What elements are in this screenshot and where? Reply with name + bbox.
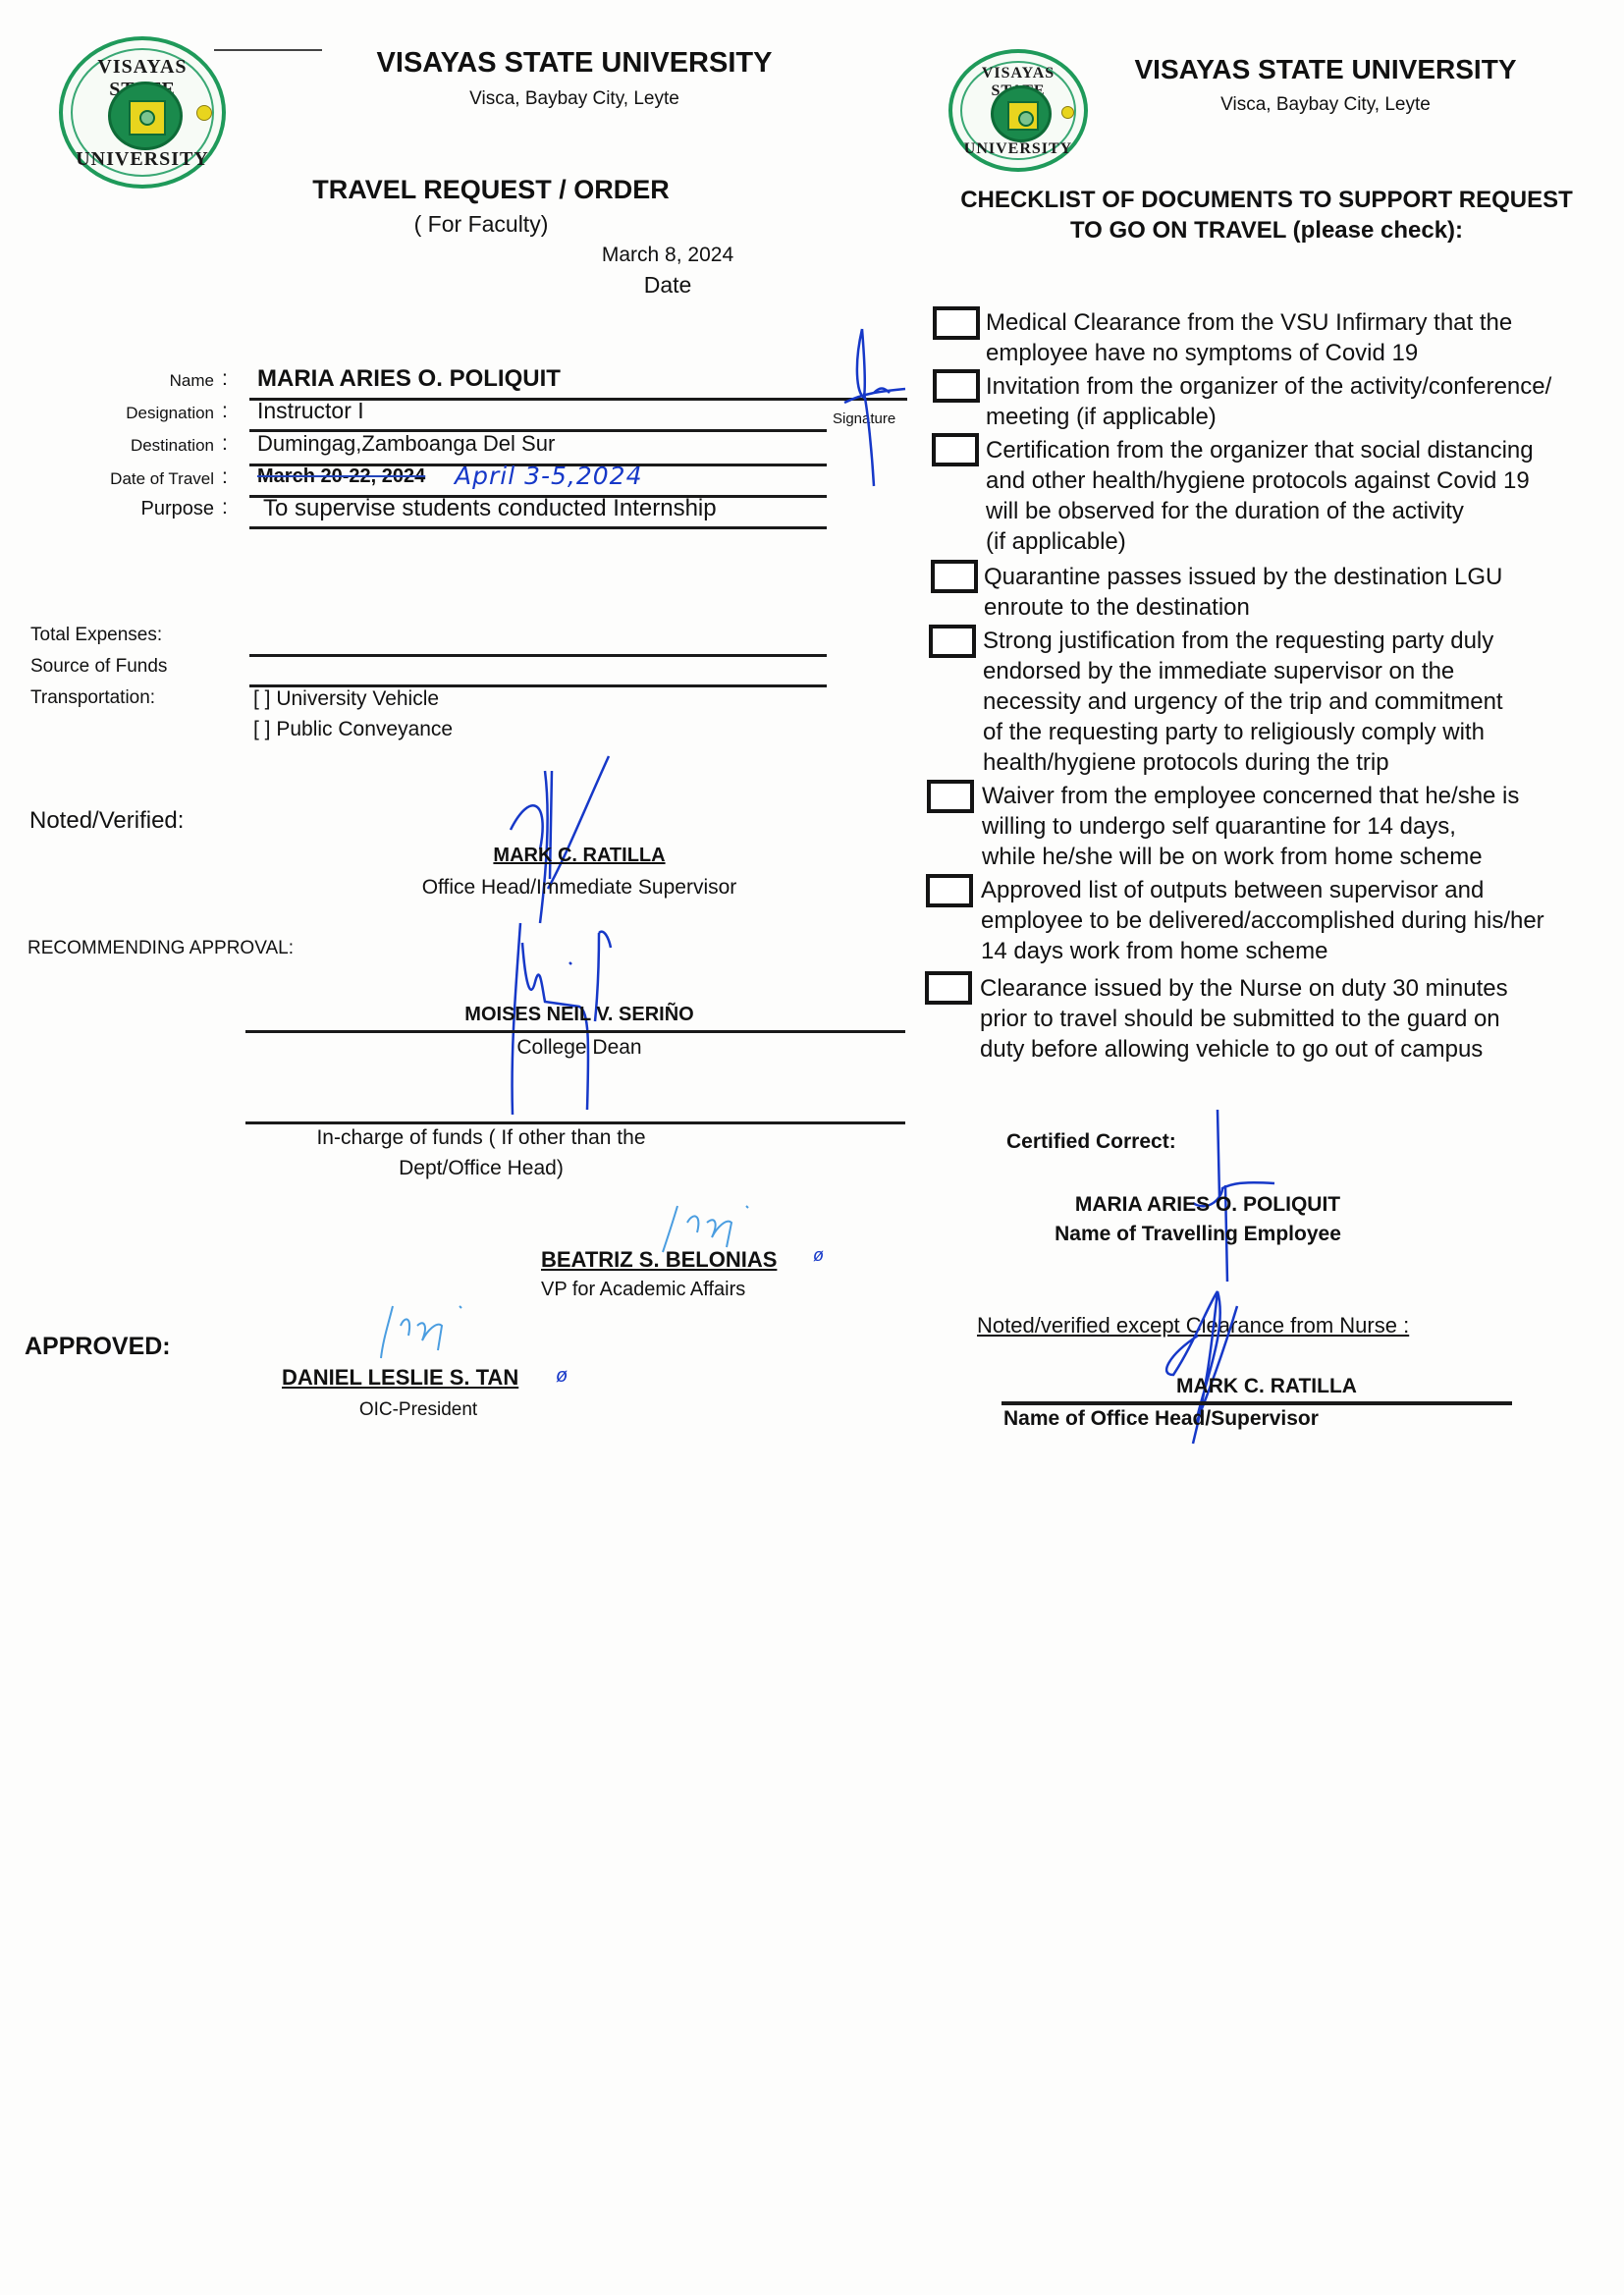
funds-incharge-label: In-charge of funds ( If other than the (285, 1126, 677, 1150)
transportation-label: Transportation: (30, 687, 155, 709)
colon: : (222, 465, 228, 489)
purpose-label: Purpose (141, 498, 215, 520)
transport-option-public-conveyance[interactable]: [ ] Public Conveyance (253, 718, 453, 741)
university-name: VISAYAS STATE UNIVERSITY (353, 47, 795, 80)
checklist-item-approved-outputs: Approved list of outputs between supervi… (981, 875, 1544, 966)
president-initials (373, 1301, 491, 1360)
purpose-value[interactable]: To supervise students conducted Internsh… (263, 495, 717, 522)
name-label: Name (170, 371, 214, 391)
colon: : (222, 432, 228, 456)
vpaa-name: BEATRIZ S. BELONIAS (541, 1247, 777, 1273)
checklist-item-medical-clearance: Medical Clearance from the VSU Infirmary… (986, 307, 1512, 368)
checkbox-nurse-clearance[interactable] (925, 971, 972, 1005)
date-of-travel-struck: March 20-22, 2024 (257, 465, 425, 488)
source-of-funds-label: Source of Funds (30, 656, 167, 678)
colon: : (222, 367, 228, 391)
supervisor-signature (491, 751, 619, 928)
header-rule (214, 49, 322, 51)
supervisor-name: MARK C. RATILLA (432, 845, 727, 867)
checklist-item-certification: Certification from the organizer that so… (986, 435, 1534, 557)
dean-name: MOISES NEIL V. SERIÑO (393, 1004, 766, 1026)
vsu-logo-right: VISAYAS STATE UNIVERSITY (948, 49, 1088, 172)
vpaa-initial-mark: ø (813, 1245, 824, 1266)
form-subtitle: ( For Faculty) (383, 211, 579, 238)
logo-sun-icon (196, 105, 212, 121)
checkbox-waiver[interactable] (927, 780, 974, 813)
certified-correct-label: Certified Correct: (1006, 1130, 1176, 1154)
office-head-signature-line (1001, 1401, 1512, 1405)
funds-incharge-label-2: Dept/Office Head) (285, 1157, 677, 1180)
checkbox-quarantine-passes[interactable] (931, 560, 978, 593)
employee-title: Name of Travelling Employee (1031, 1223, 1365, 1246)
checkbox-invitation[interactable] (933, 369, 980, 403)
name-value[interactable]: MARIA ARIES O. POLIQUIT (257, 365, 561, 393)
vsu-logo-left: VISAYAS STATE UNIVERSITY (59, 36, 226, 189)
signature-label: Signature (833, 410, 895, 427)
checklist-item-quarantine-passes: Quarantine passes issued by the destinat… (984, 562, 1502, 623)
checklist-title: CHECKLIST OF DOCUMENTS TO SUPPORT REQUES… (928, 187, 1605, 214)
noted-except-label: Noted/verified except Clearance from Nur… (977, 1313, 1409, 1339)
checkbox-certification[interactable] (932, 433, 979, 466)
date-of-travel-label: Date of Travel (110, 469, 214, 489)
total-expenses-line[interactable] (249, 654, 827, 657)
university-name-right: VISAYAS STATE UNIVERSITY (1110, 54, 1542, 85)
checklist-item-invitation: Invitation from the organizer of the act… (986, 371, 1551, 432)
form-title: TRAVEL REQUEST / ORDER (285, 175, 697, 205)
funds-incharge-line[interactable] (245, 1121, 905, 1124)
logo-text-bottom: UNIVERSITY (63, 148, 222, 171)
checklist-title-2: TO GO ON TRAVEL (please check): (928, 217, 1605, 245)
colon: : (222, 400, 228, 423)
logo-text-bottom: UNIVERSITY (952, 140, 1084, 158)
office-head-name: MARK C. RATILLA (1129, 1375, 1404, 1398)
president-initial-mark: ø (556, 1365, 568, 1388)
destination-value[interactable]: Dumingag,Zamboanga Del Sur (257, 431, 555, 457)
checklist-item-waiver: Waiver from the employee concerned that … (982, 781, 1519, 872)
colon: : (222, 496, 228, 519)
recommending-approval-label: RECOMMENDING APPROVAL: (27, 938, 294, 959)
supervisor-title: Office Head/Immediate Supervisor (383, 876, 776, 900)
logo-sun-icon (1061, 106, 1074, 119)
applicant-signature (835, 324, 913, 491)
date-of-travel-handwritten[interactable]: April 3-5,2024 (455, 462, 643, 490)
date-label: Date (569, 272, 766, 299)
dean-signature-line (245, 1030, 905, 1033)
designation-label: Designation (126, 404, 214, 423)
checkbox-medical-clearance[interactable] (933, 306, 980, 340)
checklist-item-nurse-clearance: Clearance issued by the Nurse on duty 30… (980, 973, 1508, 1065)
president-name: DANIEL LESLIE S. TAN (282, 1365, 518, 1391)
destination-label: Destination (131, 436, 214, 456)
president-title: OIC-President (320, 1399, 516, 1421)
employee-name: MARIA ARIES O. POLIQUIT (1041, 1193, 1375, 1217)
university-address: Visca, Baybay City, Leyte (353, 88, 795, 110)
office-head-title: Name of Office Head/Supervisor (1003, 1407, 1319, 1431)
approved-label: APPROVED: (25, 1333, 171, 1361)
noted-verified-label: Noted/Verified: (29, 807, 184, 835)
university-address-right: Visca, Baybay City, Leyte (1110, 94, 1542, 116)
vpaa-title: VP for Academic Affairs (541, 1279, 745, 1301)
checkbox-approved-outputs[interactable] (926, 874, 973, 907)
dean-title: College Dean (461, 1036, 697, 1060)
checkbox-strong-justification[interactable] (929, 625, 976, 658)
total-expenses-label: Total Expenses: (30, 625, 162, 646)
transport-option-university-vehicle[interactable]: [ ] University Vehicle (253, 687, 439, 711)
checklist-item-strong-justification: Strong justification from the requesting… (983, 626, 1503, 778)
designation-value[interactable]: Instructor I (257, 398, 364, 424)
purpose-underline (249, 526, 827, 529)
request-date[interactable]: March 8, 2024 (569, 244, 766, 267)
